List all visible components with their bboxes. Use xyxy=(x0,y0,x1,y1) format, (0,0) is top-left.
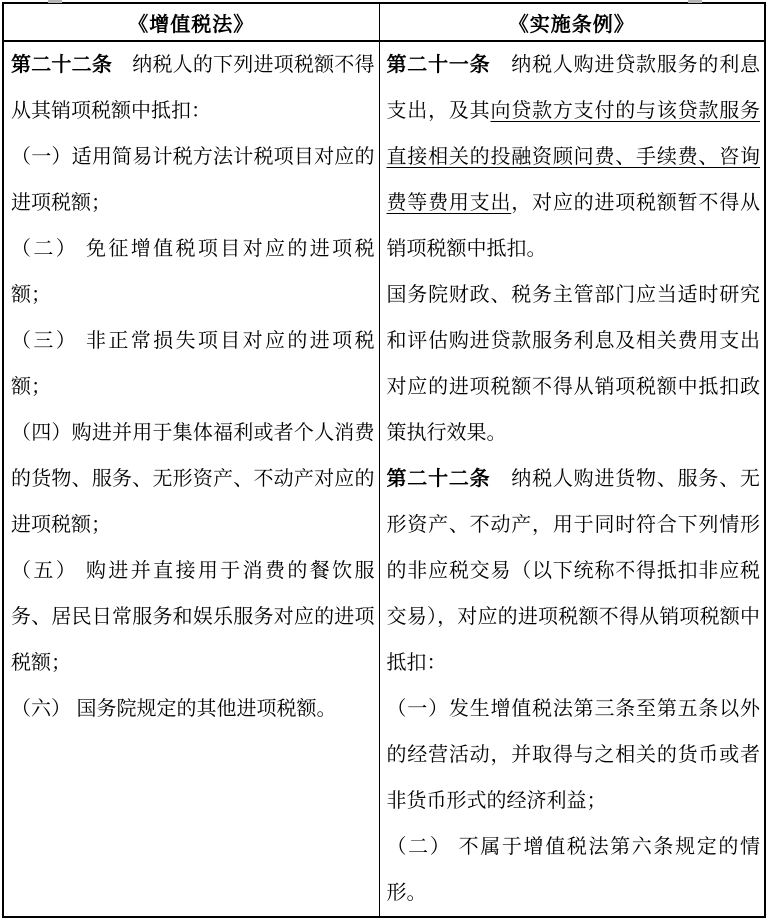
cell-implementation-regulations: 第二十一条 纳税人购进贷款服务的利息支出，及其向贷款方支付的与该贷款服务直接相关… xyxy=(379,41,765,917)
column-header-implementation-regulations: 《实施条例》 xyxy=(379,3,765,41)
top-edge-artifact-left xyxy=(48,0,62,3)
text-run: （二） 不属于增值税法第六条规定的情形。 xyxy=(387,836,761,904)
law-paragraph: 国务院财政、税务主管部门应当适时研究和评估购进贷款服务利息及相关费用支出对应的进… xyxy=(387,272,761,456)
law-paragraph: （二） 免征增值税项目对应的进项税额； xyxy=(11,226,375,318)
body-row: 第二十二条 纳税人的下列进项税额不得从其销项税额中抵扣：（一）适用简易计税方法计… xyxy=(3,41,765,917)
law-paragraph: （四）购进并用于集体福利或者个人消费的货物、服务、无形资产、不动产对应的进项税额… xyxy=(11,410,375,548)
law-paragraph: （二） 不属于增值税法第六条规定的情形。 xyxy=(387,824,761,916)
text-run: （二） 免征增值税项目对应的进项税额； xyxy=(11,238,375,306)
law-paragraph: 第二十二条 纳税人的下列进项税额不得从其销项税额中抵扣： xyxy=(11,42,375,134)
header-row: 《增值税法》 《实施条例》 xyxy=(3,3,765,41)
law-comparison-table: 《增值税法》 《实施条例》 第二十二条 纳税人的下列进项税额不得从其销项税额中抵… xyxy=(2,2,766,918)
text-run: （四）购进并用于集体福利或者个人消费的货物、服务、无形资产、不动产对应的进项税额… xyxy=(11,422,375,536)
law-paragraph: （三） 非正常损失项目对应的进项税额； xyxy=(11,318,375,410)
text-run: （三） 非正常损失项目对应的进项税额； xyxy=(11,330,375,398)
law-paragraph: 第二十一条 纳税人购进贷款服务的利息支出，及其向贷款方支付的与该贷款服务直接相关… xyxy=(387,42,761,272)
column-header-vat-law: 《增值税法》 xyxy=(3,3,379,41)
law-paragraph: （六） 国务院规定的其他进项税额。 xyxy=(11,686,375,732)
text-run: （一）适用简易计税方法计税项目对应的进项税额； xyxy=(11,146,375,214)
law-paragraph: （一）发生增值税法第三条至第五条以外的经营活动，并取得与之相关的货币或者非货币形… xyxy=(387,686,761,824)
text-run: 纳税人购进货物、服务、无形资产、不动产，用于同时符合下列情形的非应税交易（以下统… xyxy=(387,468,761,674)
text-run: （五） 购进并直接用于消费的餐饮服务、居民日常服务和娱乐服务对应的进项税额； xyxy=(11,560,375,674)
text-run: 国务院财政、税务主管部门应当适时研究和评估购进贷款服务利息及相关费用支出对应的进… xyxy=(387,284,761,444)
text-run: （六） 国务院规定的其他进项税额。 xyxy=(11,698,337,720)
law-paragraph: （一）适用简易计税方法计税项目对应的进项税额； xyxy=(11,134,375,226)
article-number: 第二十一条 xyxy=(387,54,491,76)
article-number: 第二十二条 xyxy=(11,54,112,76)
law-paragraph: （五） 购进并直接用于消费的餐饮服务、居民日常服务和娱乐服务对应的进项税额； xyxy=(11,548,375,686)
text-run: （一）发生增值税法第三条至第五条以外的经营活动，并取得与之相关的货币或者非货币形… xyxy=(387,698,761,812)
law-paragraph: 第二十二条 纳税人购进货物、服务、无形资产、不动产，用于同时符合下列情形的非应税… xyxy=(387,456,761,686)
article-number: 第二十二条 xyxy=(387,468,491,490)
cell-vat-law: 第二十二条 纳税人的下列进项税额不得从其销项税额中抵扣：（一）适用简易计税方法计… xyxy=(3,41,379,917)
top-edge-artifact-right xyxy=(688,0,702,3)
